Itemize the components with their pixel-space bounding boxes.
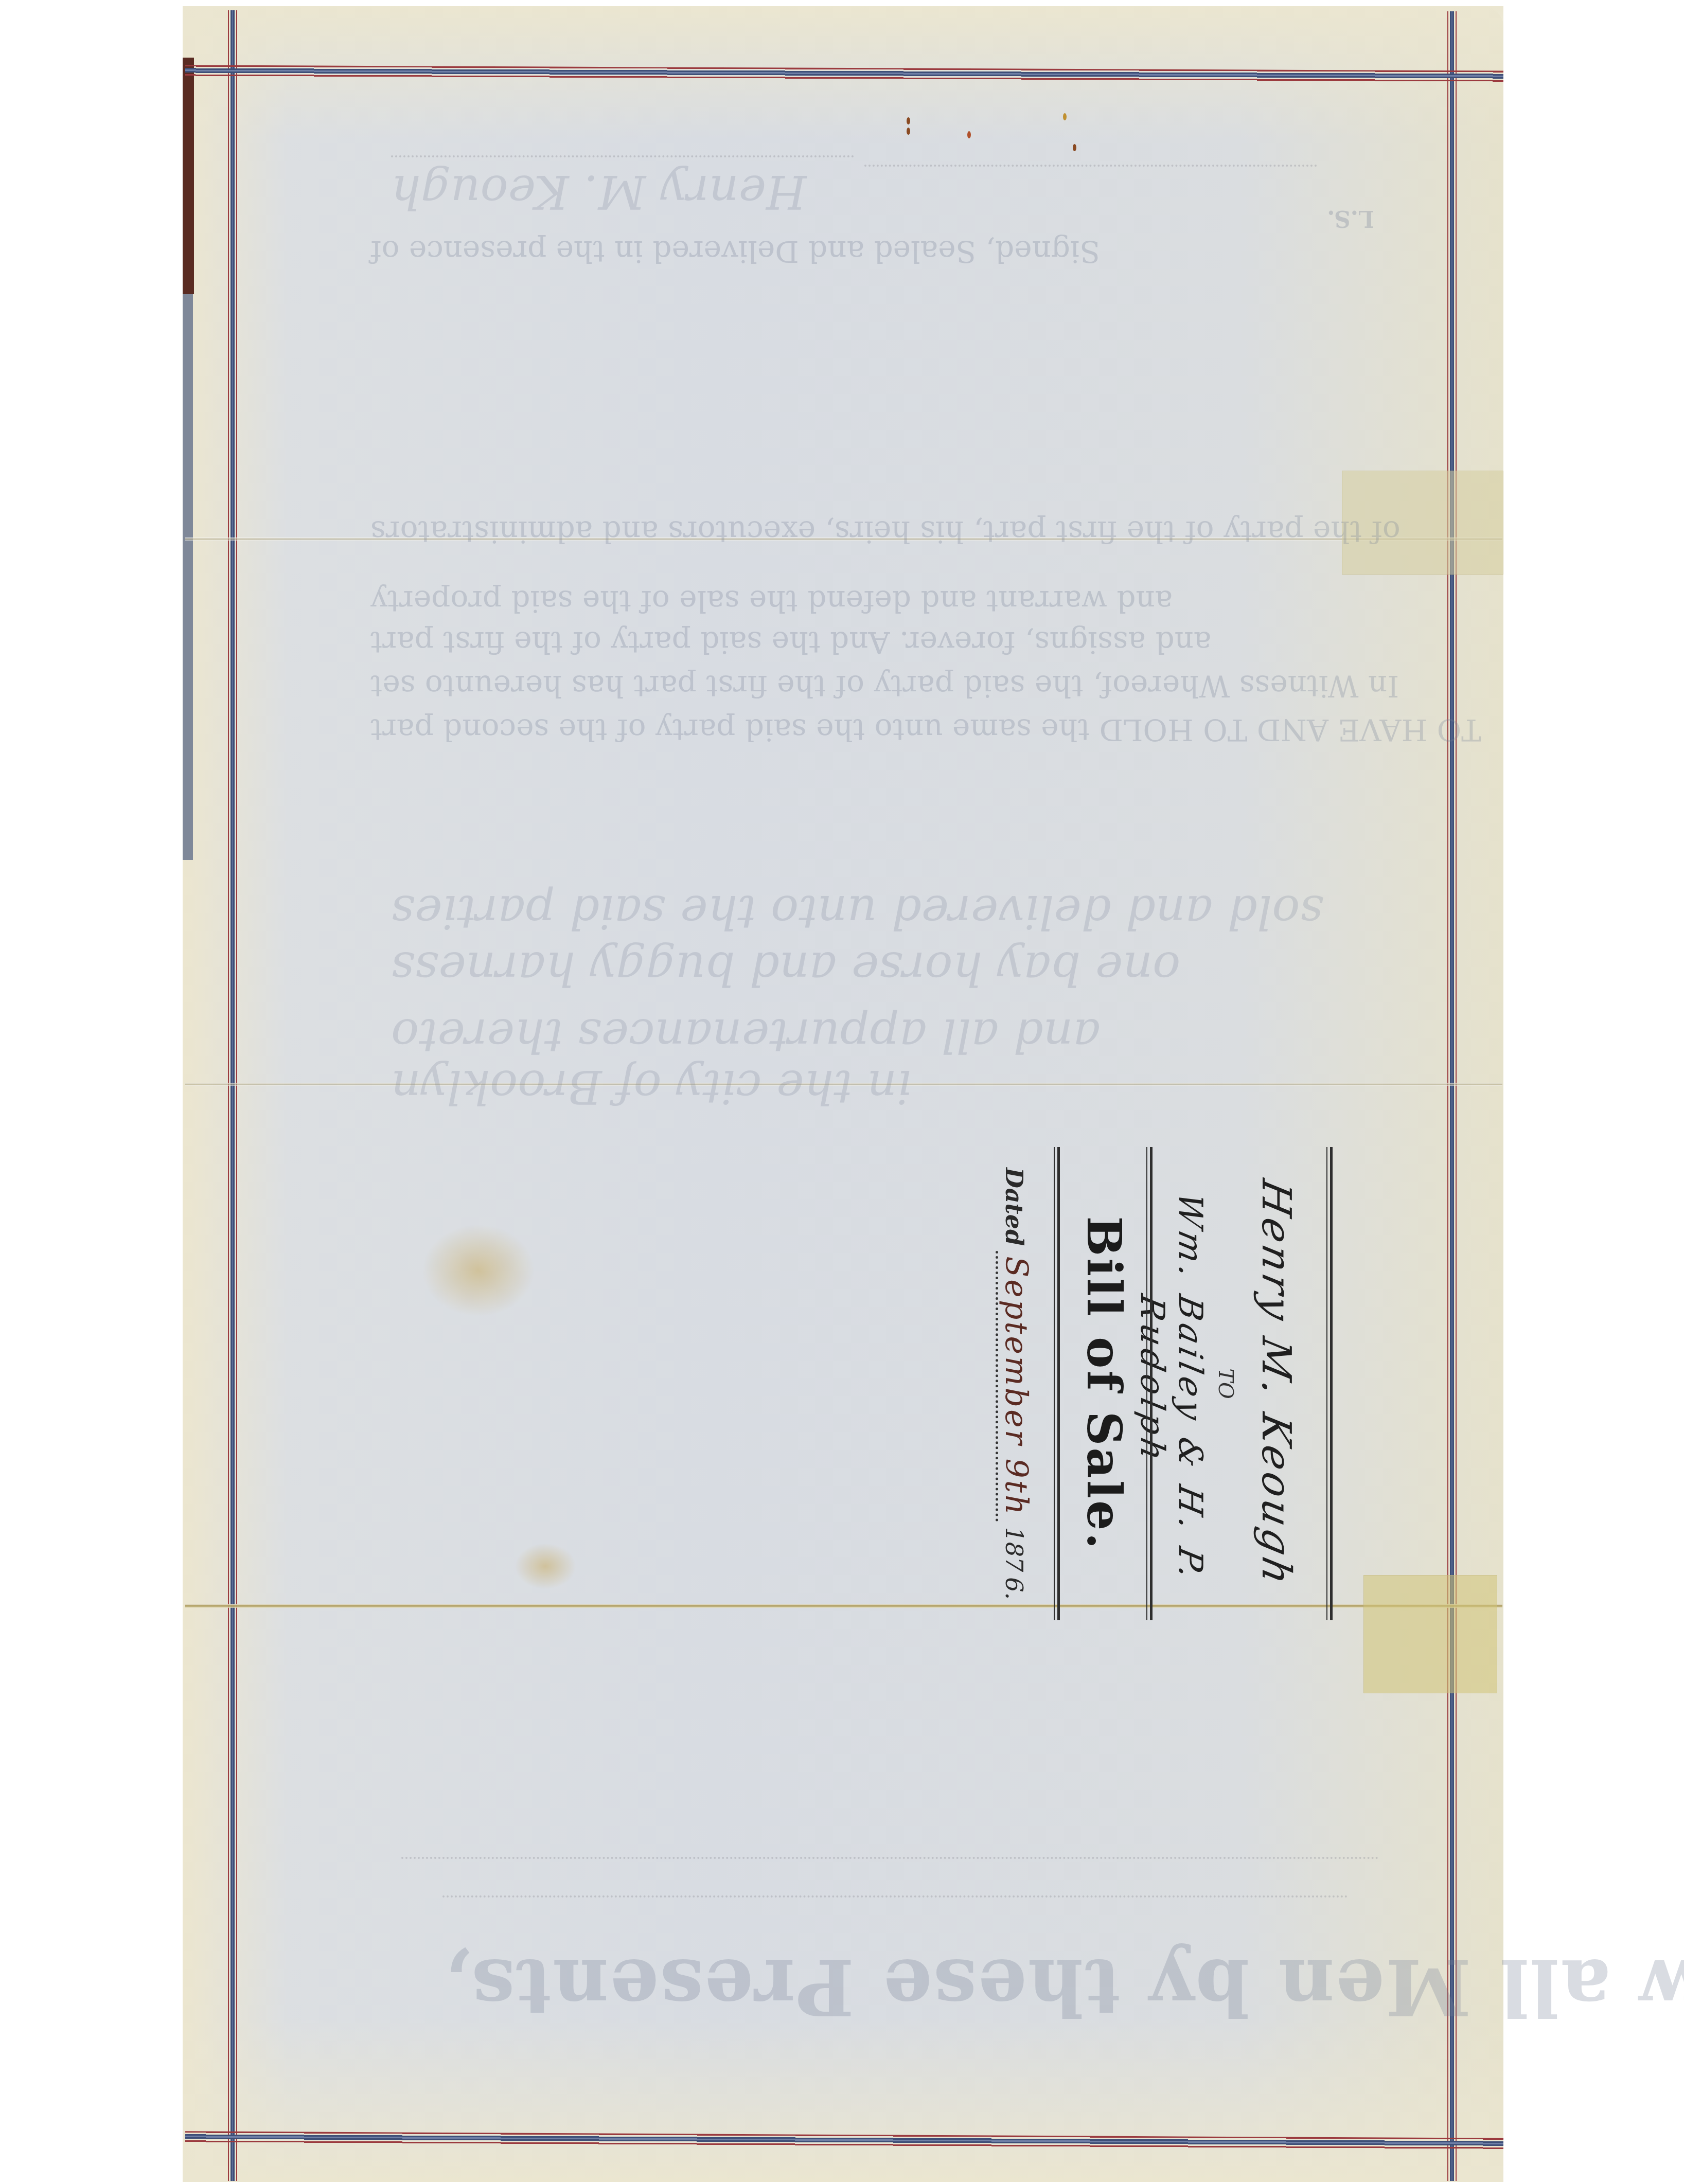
dated-year-prefix: 187 — [1000, 1527, 1028, 1572]
ghost-printed-line: and assigns, forever. And the said party… — [370, 625, 1212, 660]
age-stain — [515, 1543, 576, 1589]
party-to: Wm. Bailey & H. P. Rudolph — [1133, 1118, 1209, 1649]
scan-background-strip-lower — [183, 294, 193, 860]
ink-speck — [1063, 113, 1067, 120]
dated-label: Dated — [1000, 1168, 1028, 1246]
document-title: Bill of Sale. — [1076, 1126, 1132, 1641]
party-from: Henry M. Keough — [1253, 1121, 1299, 1645]
ghost-handwriting: one bay horse and buggy harness — [391, 941, 1180, 995]
dated-year-suffix: 6. — [1000, 1577, 1028, 1600]
filing-docket: Henry M. Keough TO Wm. Bailey & H. P. Ru… — [834, 1126, 1348, 1641]
ghost-handwriting: and all appurtenances thereto — [391, 1008, 1101, 1062]
ghost-printed-line: Signed, Sealed and Delivered in the pres… — [370, 234, 1100, 269]
border-right-band — [1447, 11, 1458, 2181]
ink-speck — [1073, 144, 1076, 151]
ghost-printed-line: TO HAVE AND TO HOLD the same unto the sa… — [370, 712, 1481, 747]
ghost-rule — [442, 1895, 1348, 1897]
border-left-band — [228, 10, 238, 2181]
ghost-printed-line: of the party of the first part, his heir… — [370, 514, 1401, 549]
ghost-heading: Know all Men by these Presents, — [442, 1942, 1684, 2032]
docket-rule-top — [1326, 1147, 1333, 1620]
aged-tint-bottom — [183, 2017, 1503, 2182]
connector-to: TO — [1214, 1126, 1237, 1641]
dated-value: September 9th — [996, 1251, 1034, 1521]
ghost-rule — [401, 1857, 1379, 1859]
tape-repair-lower — [1363, 1575, 1497, 1693]
docket-rule-lower — [1054, 1147, 1060, 1620]
ghost-rule — [864, 165, 1317, 167]
ghost-rule — [391, 155, 854, 157]
scan-background-strip — [183, 58, 194, 294]
ghost-signature: Henry M. Keough — [391, 165, 806, 219]
docket-content: Henry M. Keough TO Wm. Bailey & H. P. Ru… — [834, 1126, 1348, 1641]
ghost-printed-line: In Witness Whereof, the said party of th… — [370, 669, 1399, 704]
age-stain — [422, 1224, 535, 1317]
ghost-handwriting: sold and delivered unto the said parties — [391, 885, 1324, 939]
ink-speck — [967, 131, 971, 138]
ghost-handwriting: in the city of Brooklyn — [391, 1060, 912, 1114]
ink-speck — [907, 117, 910, 124]
ghost-printed-line: and warrant and defend the sale of the s… — [370, 584, 1173, 619]
docket-rule-middle — [1146, 1147, 1153, 1620]
ink-speck — [907, 128, 910, 135]
ghost-seal: L.S. — [1315, 149, 1387, 231]
dated-line: Dated September 9th 1876. — [996, 1126, 1034, 1641]
